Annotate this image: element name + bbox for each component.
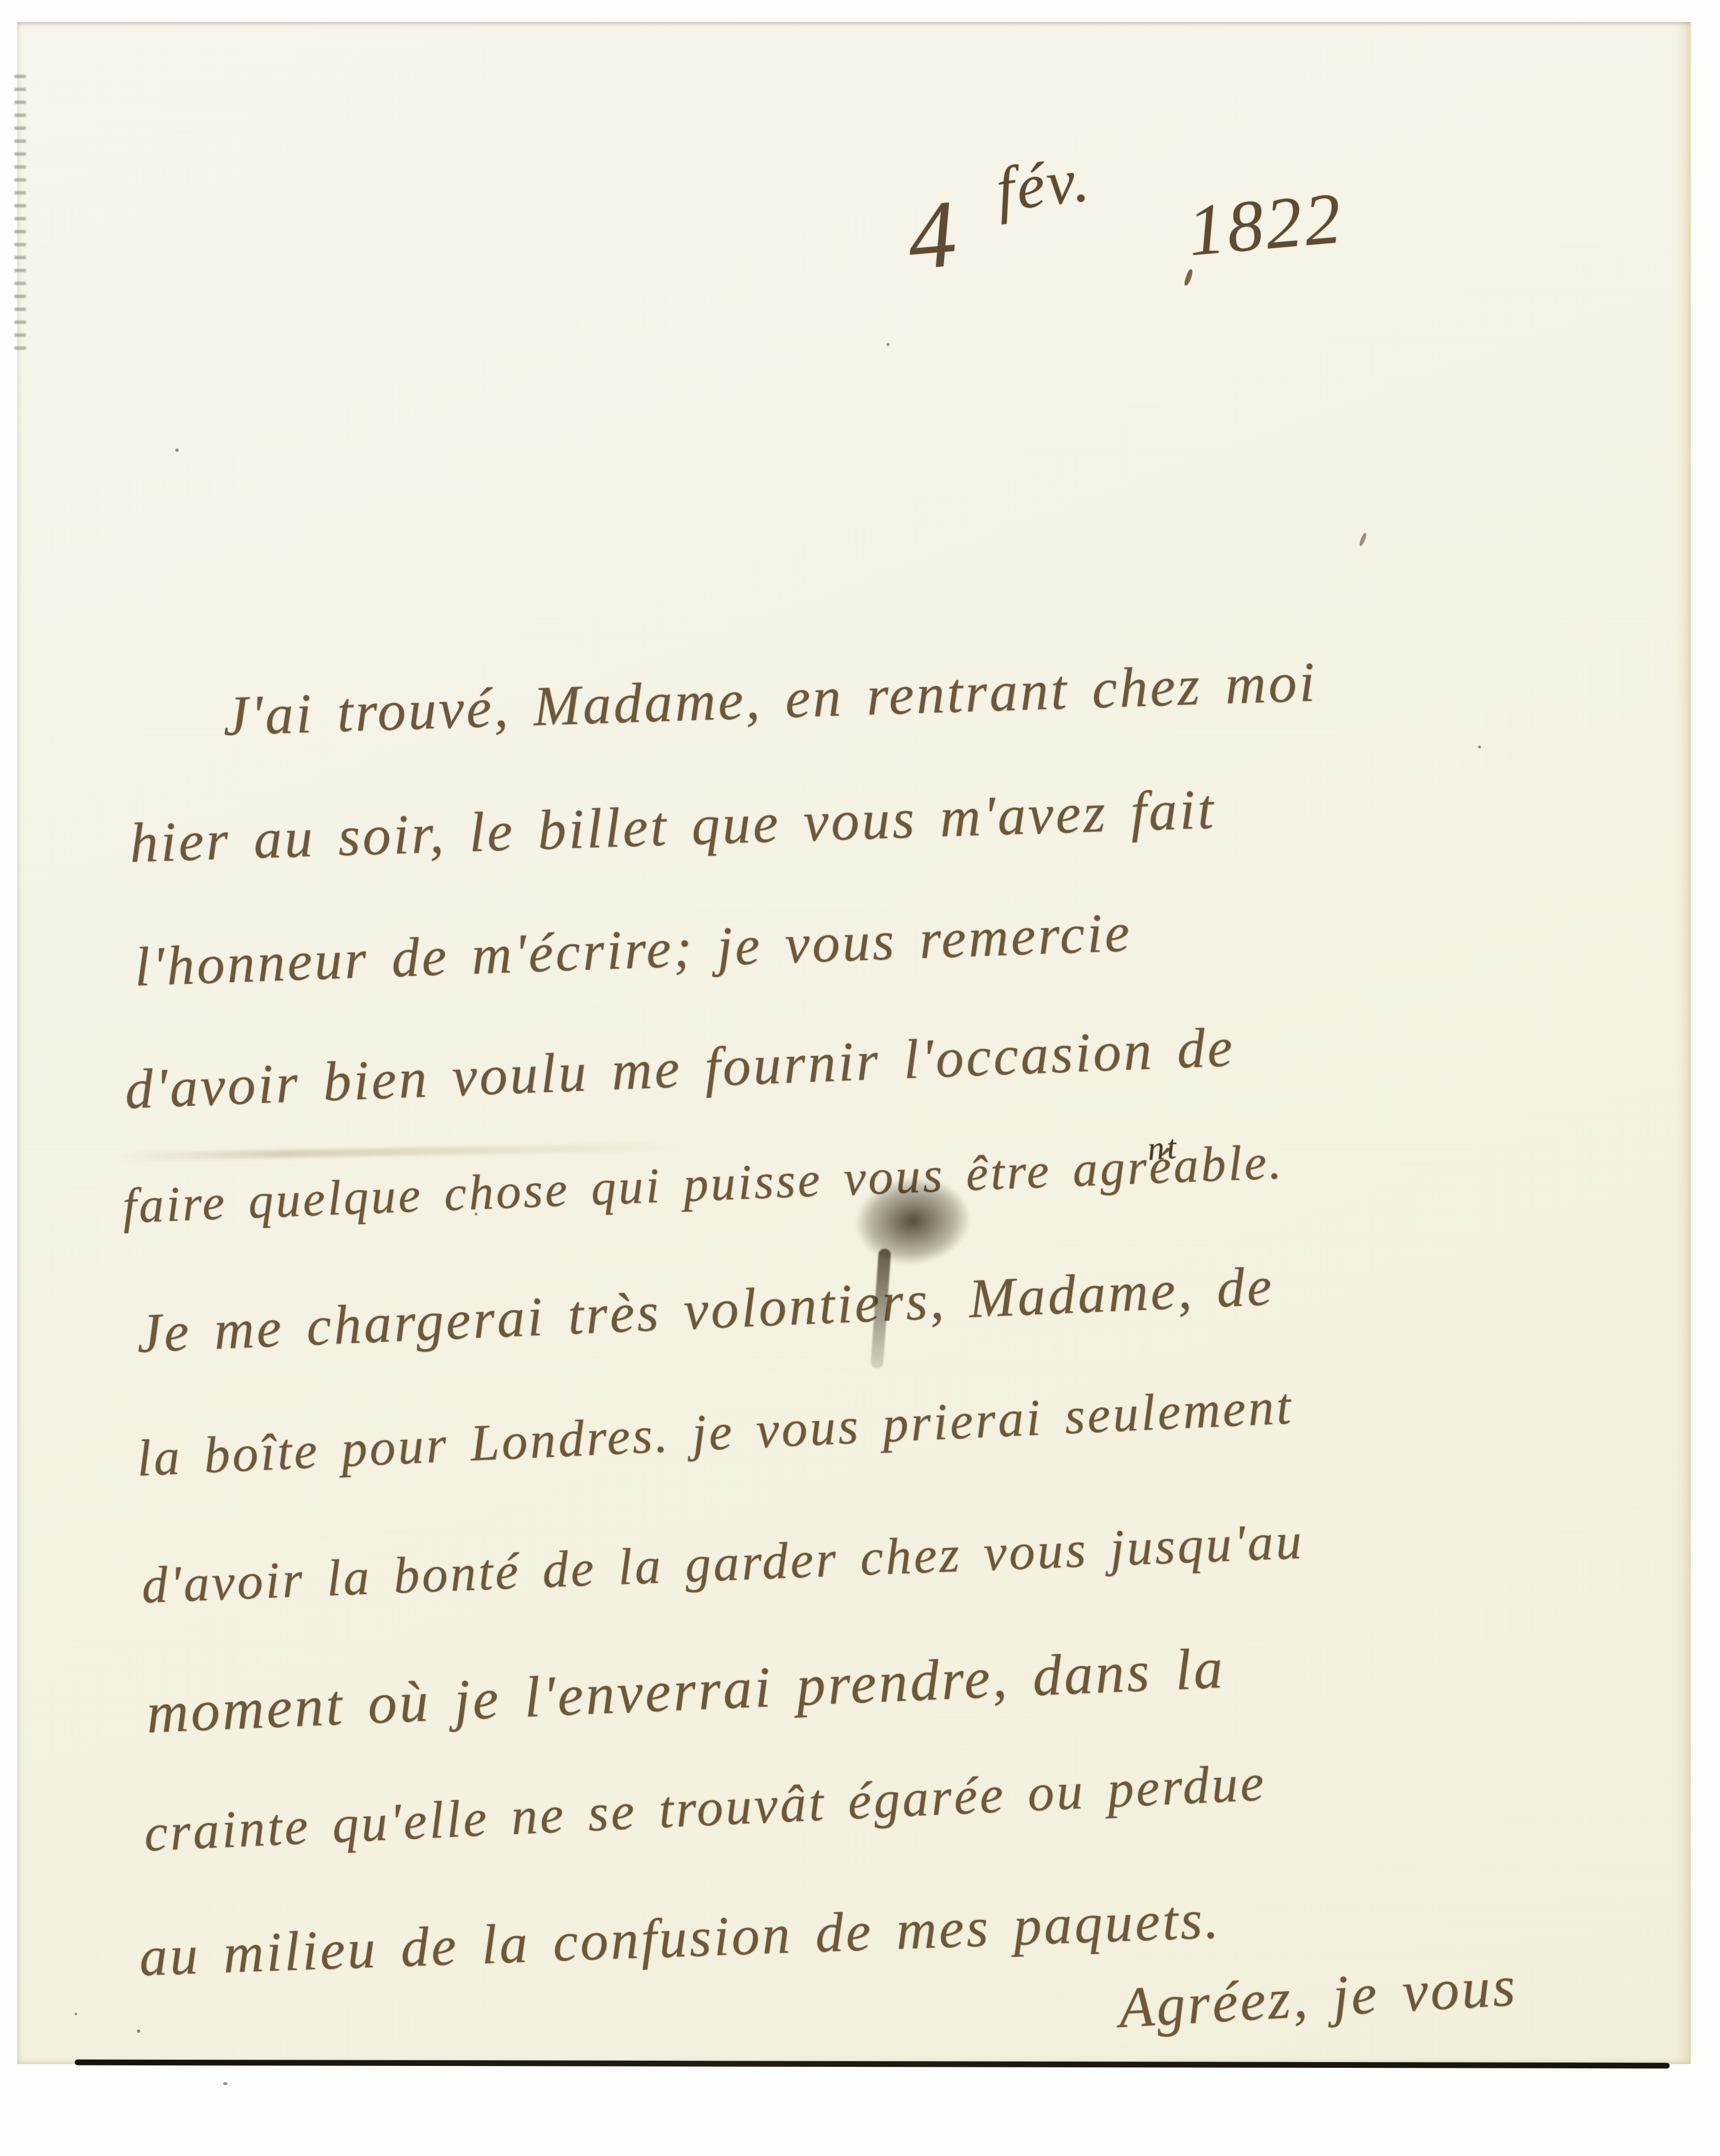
ink-speck bbox=[475, 1213, 478, 1216]
ink-speck bbox=[137, 2030, 140, 2033]
letter-line: l'honneur de m'écrire; je vous remercie bbox=[134, 905, 1133, 995]
deckle-edge-left bbox=[14, 75, 26, 357]
scanned-letter: { "meta": { "kind": "Scanned handwritten… bbox=[0, 0, 1720, 2156]
ink-speck bbox=[1478, 745, 1481, 748]
letter-line: Je me chargerai très volontiers, Madame,… bbox=[136, 1259, 1276, 1362]
letter-page: 4 fév. 1822 J'ai trouvé, Madame, en rent… bbox=[17, 22, 1691, 2064]
letter-line: au milieu de la confusion de mes paquets… bbox=[138, 1891, 1222, 1985]
stray-ink-mark bbox=[1184, 268, 1194, 287]
letter-line: la boîte pour Londres. je vous prierai s… bbox=[136, 1380, 1294, 1484]
paper-bottom-edge bbox=[75, 2060, 1670, 2069]
closing-line: Agréez, je vous bbox=[1117, 1957, 1519, 2037]
letter-line: J'ai trouvé, Madame, en rentrant chez mo… bbox=[222, 654, 1318, 745]
stray-ink-mark bbox=[1358, 532, 1368, 547]
ink-speck bbox=[887, 343, 889, 346]
date-day: 4 bbox=[904, 185, 962, 285]
letter-line: hier au soir, le billet que vous m'avez … bbox=[129, 781, 1217, 872]
letter-line: d'avoir bien voulu me fournir l'occasion… bbox=[124, 1019, 1236, 1118]
fold-crease bbox=[118, 1143, 683, 1161]
ink-speck bbox=[175, 448, 179, 452]
ink-speck bbox=[223, 2082, 228, 2085]
date-year: 1822 bbox=[1185, 181, 1346, 267]
interlinear-insertion: nt bbox=[1147, 1131, 1180, 1166]
letter-line: moment où je l'enverrai prendre, dans la bbox=[145, 1640, 1226, 1743]
letter-line: d'avoir la bonté de la garder chez vous … bbox=[141, 1515, 1305, 1612]
ink-speck bbox=[75, 2013, 77, 2015]
letter-line: crainte qu'elle ne se trouvât égarée ou … bbox=[143, 1756, 1267, 1859]
date-month: fév. bbox=[993, 147, 1094, 221]
